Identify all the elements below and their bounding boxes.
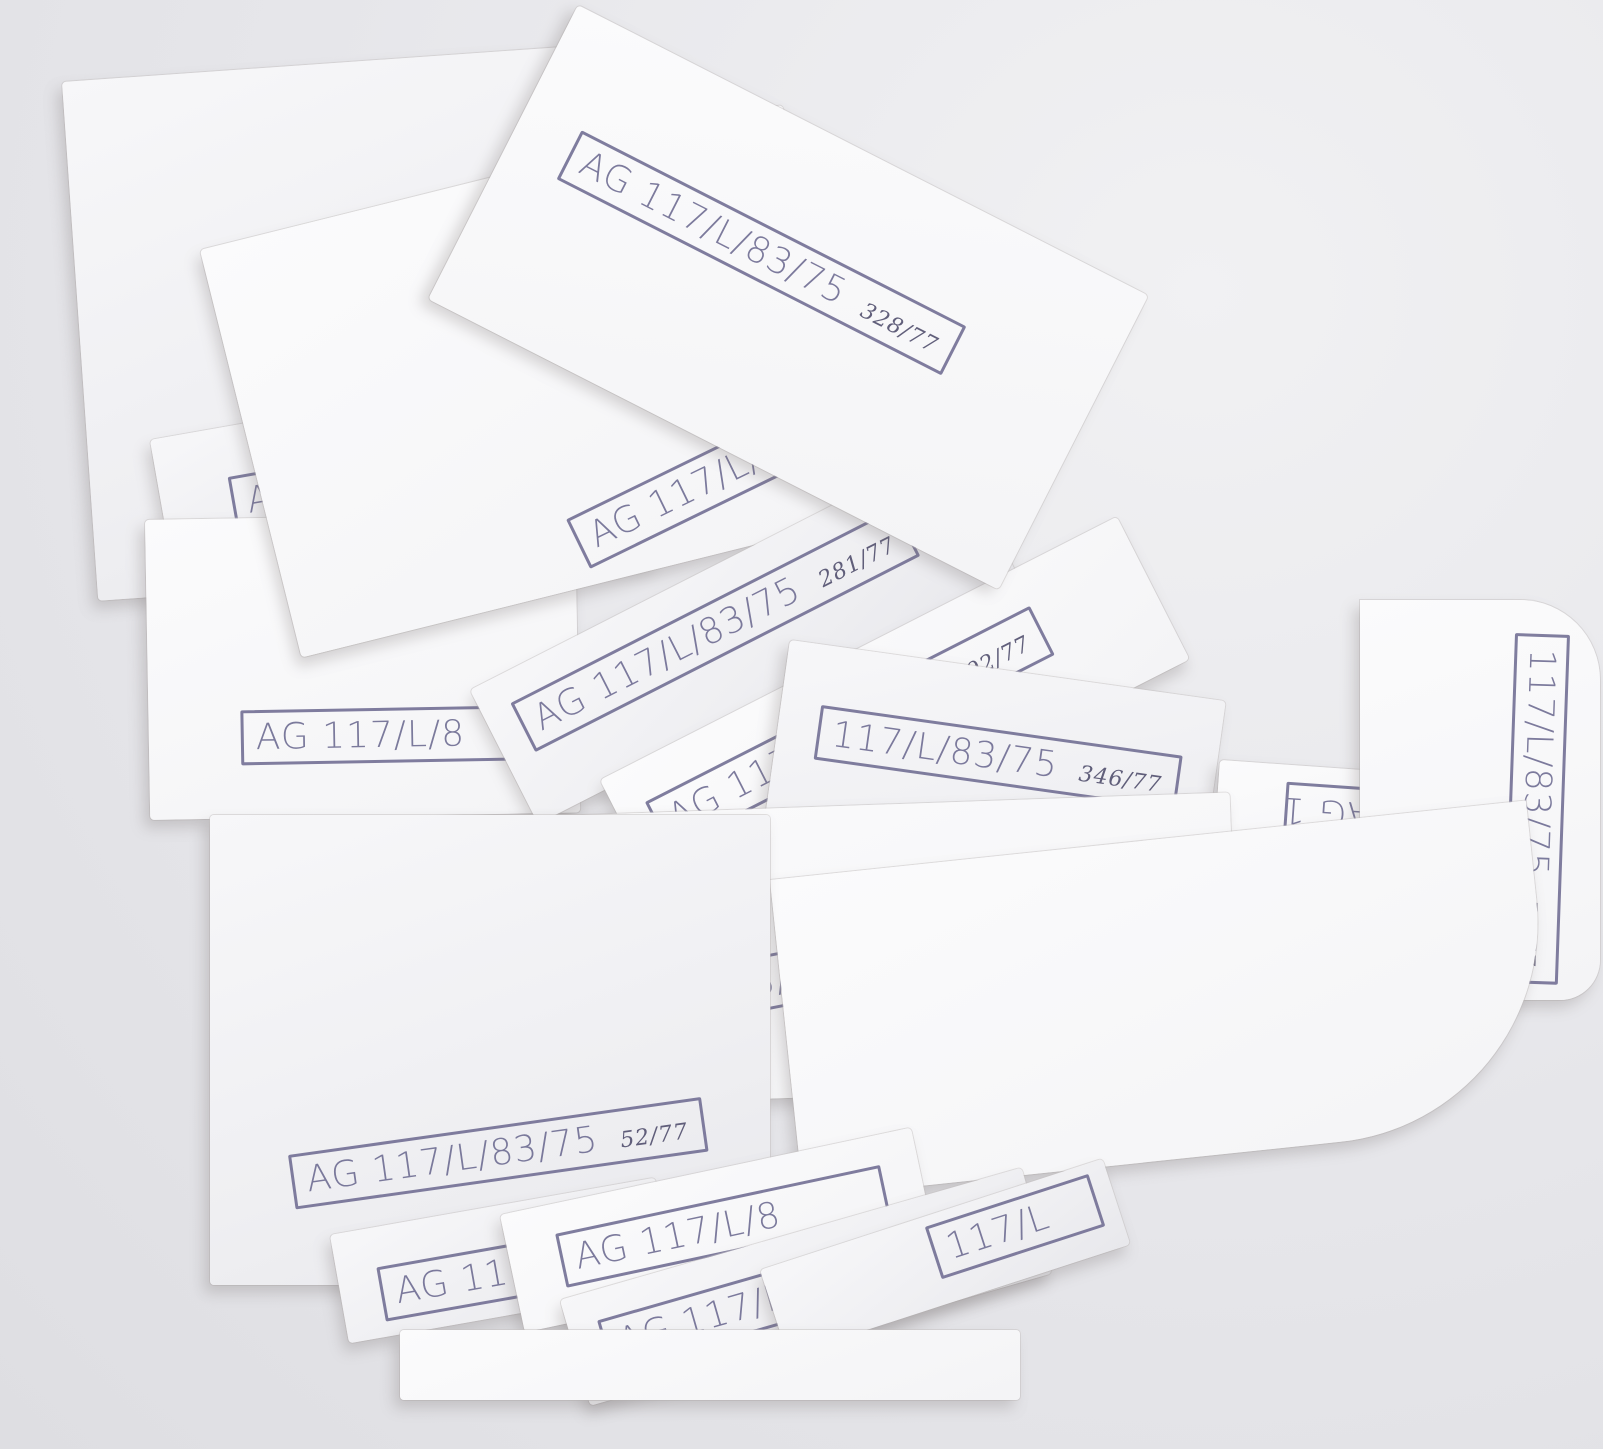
stamp-code: AG 117/L/83/75: [304, 1119, 601, 1201]
stamp-number: 346/77: [1077, 762, 1163, 798]
card-bottom-base: [400, 1330, 1020, 1400]
stamp-number: 52/77: [619, 1119, 690, 1153]
stamp-code: 117/L/83/75: [829, 714, 1060, 786]
card-pile-photo: AG 11 AG 1 A AG 117/L/8 AG 117/L/83/75 2…: [0, 0, 1603, 1449]
stamp-number: 281/77: [814, 533, 900, 593]
stamp-328: AG 117/L/83/75 328/77: [557, 130, 966, 375]
stamp-number: 328/77: [856, 298, 942, 358]
stamp-code: 117/L: [941, 1196, 1054, 1268]
stamp-bottom-2: AG 11: [376, 1243, 525, 1322]
stamp-code: AG 117/L/8: [255, 713, 465, 758]
stamp-code: AG 117/L/83/75: [573, 143, 854, 313]
stamp-346: 117/L/83/75 346/77: [814, 705, 1183, 810]
stamp-code: AG 11: [392, 1252, 512, 1312]
